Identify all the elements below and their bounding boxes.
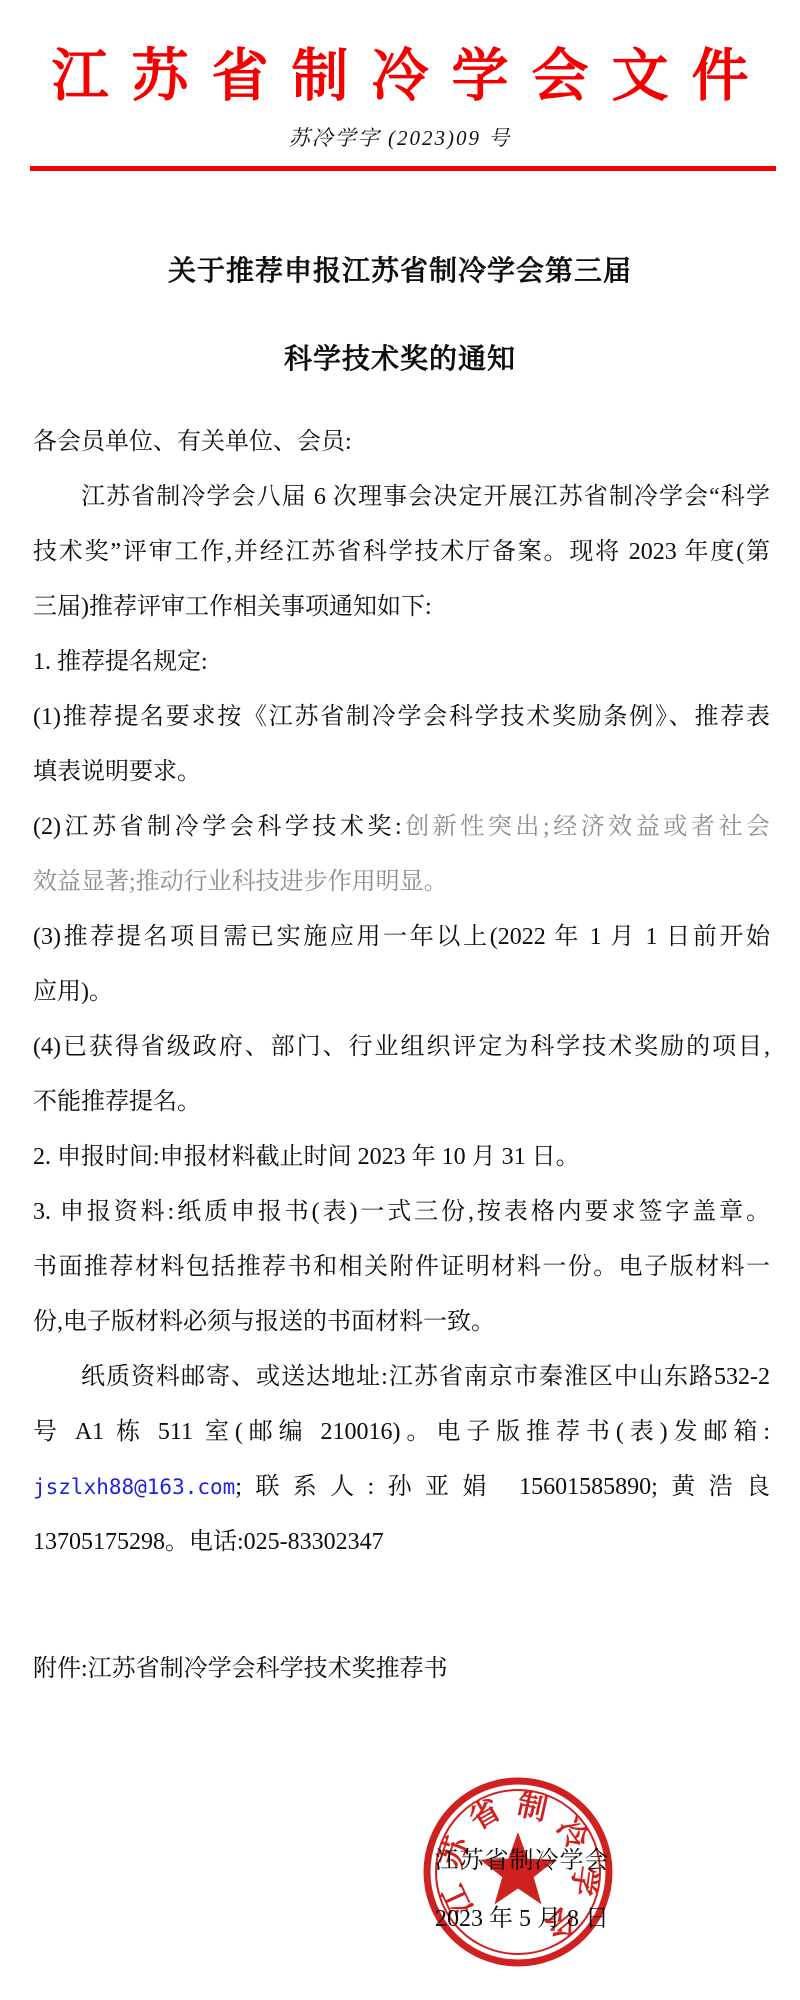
body-line: 纸质资料邮寄、或送达地址:江苏省南京市秦淮区中山东路532-2	[33, 1350, 770, 1405]
line-segment: 效益显著;推动行业科技进步作用明显。	[33, 869, 448, 895]
body-line: 三届)推荐评审工作相关事项通知如下:	[33, 580, 770, 635]
seal-ring-char: 苏	[435, 1832, 476, 1871]
line-segment: 纸质资料邮寄、或送达地址:江苏省南京市秦淮区中山东路532-2	[81, 1364, 770, 1390]
line-segment: 技术奖”评审工作,并经江苏省科学技术厅备案。现将 2023 年度(第	[33, 539, 770, 565]
line-segment: (2)江苏省制冷学会科学技术奖:	[33, 814, 402, 840]
body-line: 号 A1 栋 511 室(邮编 210016)。电子版推荐书(表)发邮箱:	[33, 1405, 770, 1460]
body-line: jszlxh88@163.com;联系人:孙亚娟 15601585890;黄浩良	[33, 1460, 770, 1515]
body-line: 13705175298。电话:025-83302347	[33, 1515, 770, 1570]
body-line: 各会员单位、有关单位、会员:	[33, 415, 770, 470]
doc-number: 苏冷学字 (2023)09 号	[0, 122, 800, 152]
body-line: (1)推荐提名要求按《江苏省制冷学会科学技术奖励条例》、推荐表	[33, 690, 770, 745]
body-line: 书面推荐材料包括推荐书和相关附件证明材料一份。电子版材料一	[33, 1240, 770, 1295]
line-segment: 创新性突出;经济效益或者社会	[402, 814, 770, 840]
line-segment: 三届)推荐评审工作相关事项通知如下:	[33, 594, 432, 620]
body-line: 不能推荐提名。	[33, 1075, 770, 1130]
seal-ring-char: 省	[464, 1793, 506, 1837]
body-line: 份,电子版材料必须与报送的书面材料一致。	[33, 1295, 770, 1350]
line-segment: 3. 申报资料:纸质申报书(表)一式三份,按表格内要求签字盖章。	[33, 1199, 770, 1225]
document-page: 江苏省制冷学会文件 苏冷学字 (2023)09 号 关于推荐申报江苏省制冷学会第…	[0, 0, 800, 2000]
body-line: (4)已获得省级政府、部门、行业组织评定为科学技术奖励的项目,	[33, 1020, 770, 1075]
seal-ring-char: 制	[514, 1788, 550, 1827]
line-segment: (1)推荐提名要求按《江苏省制冷学会科学技术奖励条例》、推荐表	[33, 704, 770, 730]
notice-title-line2: 科学技术奖的通知	[0, 337, 800, 377]
body-line: 效益显著;推动行业科技进步作用明显。	[33, 855, 770, 910]
body-line: 1. 推荐提名规定:	[33, 635, 770, 690]
notice-title-line1: 关于推荐申报江苏省制冷学会第三届	[0, 249, 800, 289]
line-segment: 各会员单位、有关单位、会员:	[33, 429, 352, 455]
attachment-line: 附件:江苏省制冷学会科学技术奖推荐书	[33, 1642, 770, 1697]
line-segment: ;联系人:孙亚娟 15601585890;黄浩良	[235, 1474, 770, 1500]
body-line: (3)推荐提名项目需已实施应用一年以上(2022 年 1 月 1 日前开始	[33, 910, 770, 965]
line-segment: 号 A1 栋 511 室(邮编 210016)。电子版推荐书(表)发邮箱:	[33, 1419, 770, 1445]
line-segment: 书面推荐材料包括推荐书和相关附件证明材料一份。电子版材料一	[33, 1254, 770, 1280]
line-segment: 1. 推荐提名规定:	[33, 649, 208, 675]
body-lines: 各会员单位、有关单位、会员:江苏省制冷学会八届 6 次理事会决定开展江苏省制冷学…	[33, 415, 770, 1570]
body-line: 江苏省制冷学会八届 6 次理事会决定开展江苏省制冷学会“科学	[33, 470, 770, 525]
line-segment: 填表说明要求。	[33, 759, 201, 785]
body-line: 应用)。	[33, 965, 770, 1020]
line-segment: 应用)。	[33, 979, 113, 1005]
official-seal: 江苏省制冷学会	[420, 1774, 616, 1970]
line-segment: 2. 申报时间:申报材料截止时间 2023 年 10 月 31 日。	[33, 1144, 580, 1170]
body-line: (2)江苏省制冷学会科学技术奖:创新性突出;经济效益或者社会	[33, 800, 770, 855]
header-rule	[30, 166, 776, 171]
body-line: 3. 申报资料:纸质申报书(表)一式三份,按表格内要求签字盖章。	[33, 1185, 770, 1240]
org-title: 江苏省制冷学会文件	[0, 0, 800, 112]
seal-ring-char: 江	[437, 1879, 480, 1920]
line-segment: 13705175298。电话:025-83302347	[33, 1529, 384, 1555]
line-segment: 江苏省制冷学会八届 6 次理事会决定开展江苏省制冷学会“科学	[81, 484, 770, 510]
star-icon	[480, 1832, 556, 1904]
line-segment: (3)推荐提名项目需已实施应用一年以上(2022 年 1 月 1 日前开始	[33, 924, 770, 950]
body-line: 技术奖”评审工作,并经江苏省科学技术厅备案。现将 2023 年度(第	[33, 525, 770, 580]
line-segment: 不能推荐提名。	[33, 1089, 201, 1115]
line-segment: (4)已获得省级政府、部门、行业组织评定为科学技术奖励的项目,	[33, 1034, 770, 1060]
body-line: 填表说明要求。	[33, 745, 770, 800]
seal-ring-char: 学	[565, 1864, 602, 1898]
body-line: 2. 申报时间:申报材料截止时间 2023 年 10 月 31 日。	[33, 1130, 770, 1185]
email-text: jszlxh88@163.com	[33, 1475, 235, 1499]
line-segment: 份,电子版材料必须与报送的书面材料一致。	[33, 1309, 495, 1335]
